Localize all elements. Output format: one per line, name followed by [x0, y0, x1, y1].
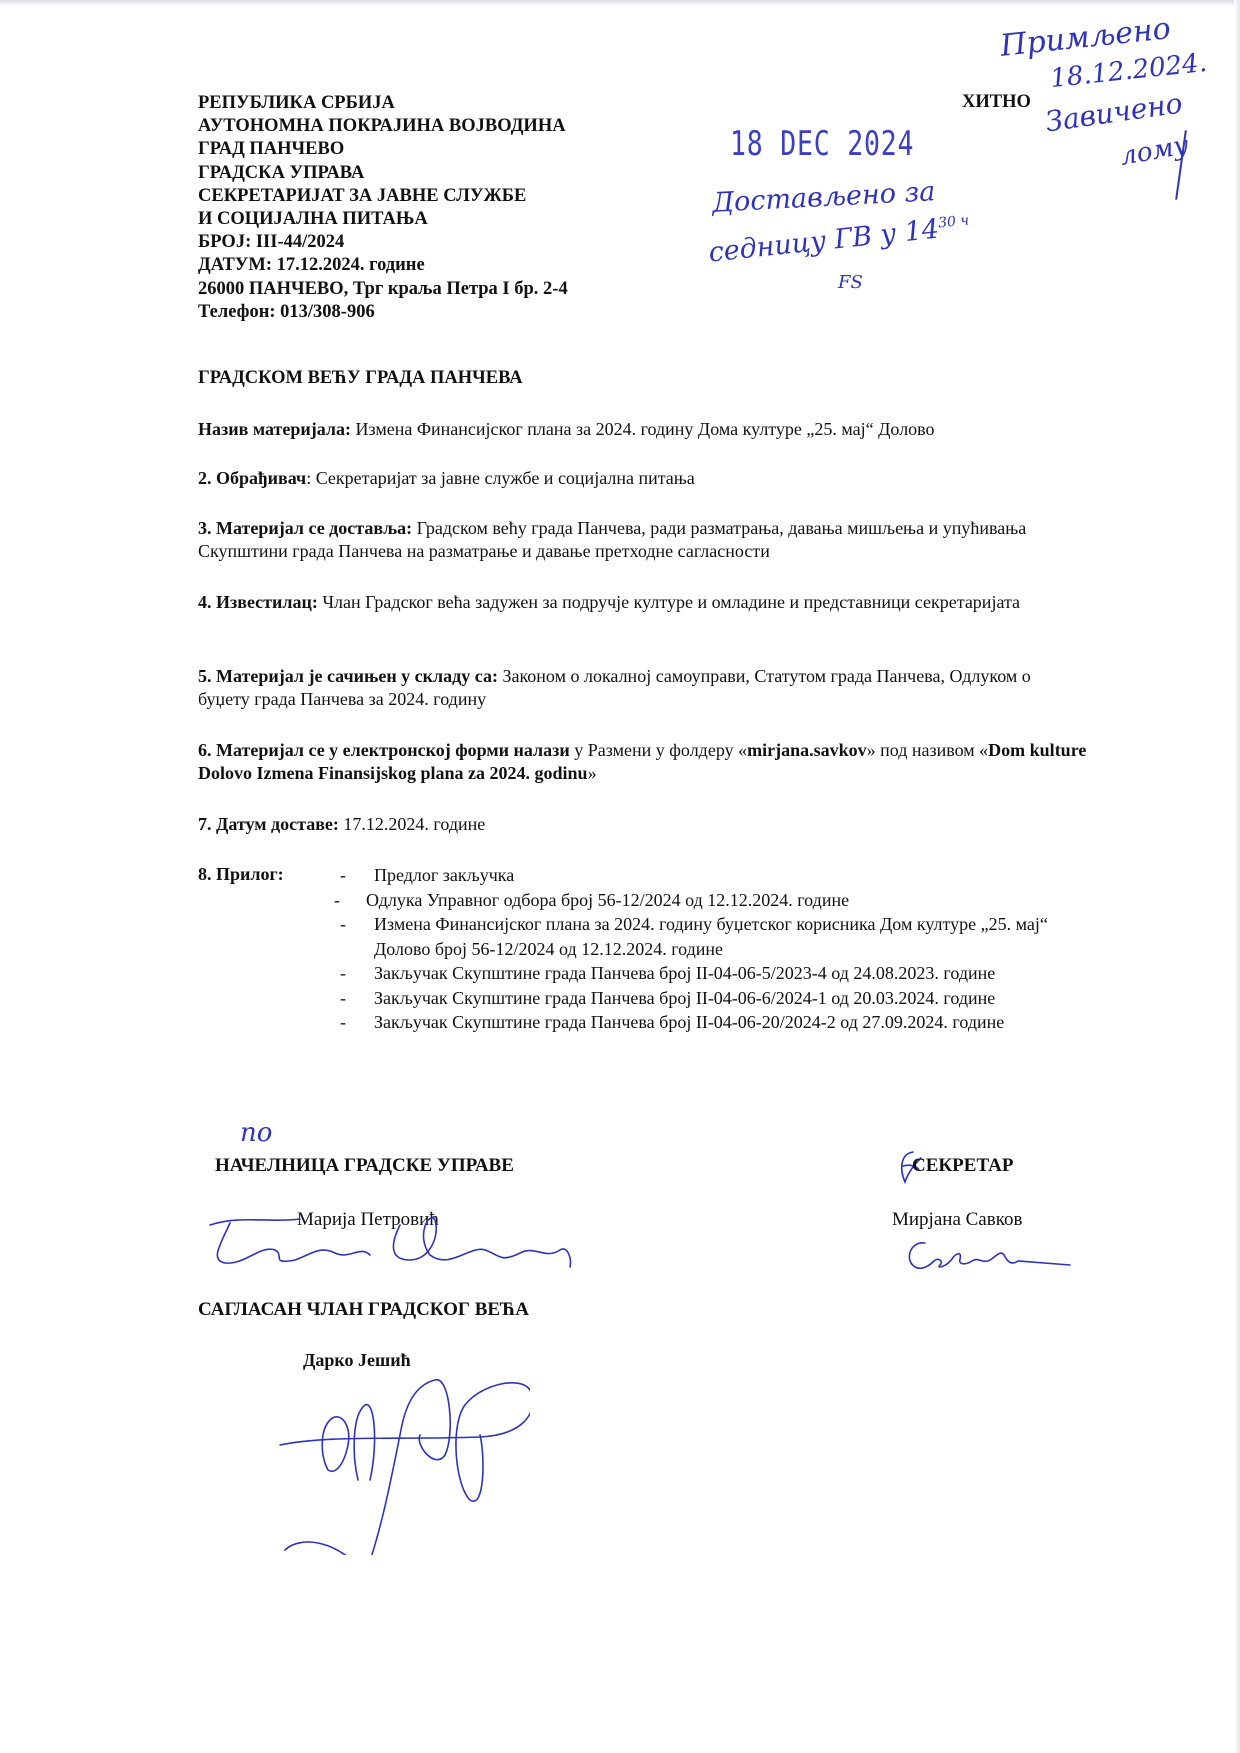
section-text: » [588, 763, 597, 783]
attachment-item: -Закључак Скупштине града Панчева број I… [340, 986, 1080, 1011]
council-member-name: Дарко Јешић [303, 1350, 411, 1371]
section-delivered-to: 3. Материјал се доставља: Градском већу … [198, 517, 1088, 563]
list-dash: - [340, 986, 346, 1011]
head-of-administration-title: НАЧЕЛНИЦА ГРАДСКЕ УПРАВЕ [215, 1155, 514, 1177]
list-dash: - [340, 961, 346, 986]
section-label: 5. Материјал је сачињен у складу са: [198, 666, 498, 686]
folder-name: mirjana.savkov [747, 740, 867, 760]
list-dash: - [340, 863, 346, 888]
section-label: 3. Материјал се доставља: [198, 518, 412, 538]
section-electronic-form: 6. Материјал се у електронској форми нал… [198, 739, 1088, 785]
handwritten-delivery-note: Достављено за [711, 176, 936, 219]
section-label: 7. Датум доставе: [198, 814, 339, 834]
section-material-title: Назив материјала: Измена Финансијског пл… [198, 418, 1088, 441]
phone: Телефон: 013/308-906 [198, 301, 568, 324]
attachment-item: -Одлука Управног одбора број 56-12/2024 … [334, 888, 1080, 913]
letterhead-line: АУТОНОМНА ПОКРАЈИНА ВОЈВОДИНА [198, 115, 568, 138]
section-text: Члан Градског већа задужен за подручје к… [318, 592, 1020, 612]
section-text: Измена Финансијског плана за 2024. годин… [351, 419, 935, 439]
signature-council-member [240, 1375, 530, 1555]
letterhead-line: И СОЦИЈАЛНА ПИТАЊА [198, 208, 568, 231]
signature-head-of-administration [200, 1205, 580, 1275]
attachment-text: Измена Финансијског плана за 2024. годин… [374, 914, 1048, 959]
attachment-text: Одлука Управног одбора број 56-12/2024 о… [366, 890, 849, 910]
section-label: Назив материјала: [198, 419, 351, 439]
scan-top-edge [0, 0, 1240, 6]
list-dash: - [334, 888, 340, 913]
urgent-label: ХИТНО [962, 92, 1031, 113]
attachment-item: -Предлог закључка [340, 863, 1080, 888]
letterhead-line: ГРАДСКА УПРАВА [198, 162, 568, 185]
recipient: ГРАДСКОМ ВЕЋУ ГРАДА ПАНЧЕВА [198, 367, 523, 390]
section-text: : Секретаријат за јавне службе и социјал… [306, 468, 695, 488]
section-text: 17.12.2024. године [339, 814, 485, 834]
attachment-text: Закључак Скупштине града Панчева број II… [374, 963, 995, 983]
handwritten-per-initials: по [240, 1118, 272, 1148]
section-label: 6. Материјал се у електронској форми нал… [198, 740, 570, 760]
council-member-title: САГЛАСАН ЧЛАН ГРАДСКОГ ВЕЋА [198, 1299, 529, 1321]
handwritten-delivery-note-2: седницу ГВ у 1430 ч [707, 210, 971, 268]
list-dash: - [340, 912, 346, 937]
scan-right-edge [1234, 0, 1240, 1753]
attachment-item: -Закључак Скупштине града Панчева број I… [340, 1010, 1080, 1035]
section-processor: 2. Обрађивач: Секретаријат за јавне служ… [198, 467, 1088, 490]
section-text: » под називом « [867, 740, 989, 760]
attachment-item: -Измена Финансијског плана за 2024. годи… [340, 912, 1080, 961]
attachment-text: Закључак Скупштине града Панчева број II… [374, 1012, 1004, 1032]
address: 26000 ПАНЧЕВО, Трг краља Петра I бр. 2-4 [198, 278, 568, 301]
secretary-title: СЕКРЕТАР [912, 1155, 1014, 1177]
document-date: ДАТУМ: 17.12.2024. године [198, 254, 568, 277]
attachment-text: Закључак Скупштине града Панчева број II… [374, 988, 995, 1008]
list-dash: - [340, 1010, 346, 1035]
secretary-name: Мирјана Савков [892, 1209, 1022, 1231]
letterhead-line: ГРАД ПАНЧЕВО [198, 138, 568, 161]
document-number: БРОЈ: III-44/2024 [198, 231, 568, 254]
handwritten-initials: FS [838, 272, 863, 293]
handwritten-registry-note: Завичено [1043, 87, 1184, 139]
handwritten-session-text: седницу ГВ у 14 [707, 214, 940, 269]
attachments-label: 8. Прилог: [198, 863, 284, 886]
signature-secretary [900, 1235, 1080, 1275]
letterhead-line: РЕПУБЛИКА СРБИЈА [198, 92, 568, 115]
section-delivery-date: 7. Датум доставе: 17.12.2024. године [198, 813, 1088, 836]
received-date-stamp: 18 DEC 2024 [730, 124, 914, 164]
attachment-text: Предлог закључка [374, 865, 514, 885]
attachment-item: -Закључак Скупштине града Панчева број I… [340, 961, 1080, 986]
section-text: у Размени у фолдеру « [570, 740, 747, 760]
section-label: 2. Обрађивач [198, 468, 306, 488]
section-legal-basis: 5. Материјал је сачињен у складу са: Зак… [198, 665, 1068, 711]
section-label: 4. Известилац: [198, 592, 318, 612]
section-rapporteur: 4. Известилац: Члан Градског већа задуже… [198, 591, 1088, 614]
letterhead: РЕПУБЛИКА СРБИЈА АУТОНОМНА ПОКРАЈИНА ВОЈ… [198, 92, 568, 324]
handwritten-session-time: 30 ч [937, 212, 969, 231]
attachments-list: -Предлог закључка -Одлука Управног одбор… [340, 863, 1080, 1035]
letterhead-line: СЕКРЕТАРИЈАТ ЗА ЈАВНЕ СЛУЖБЕ [198, 185, 568, 208]
